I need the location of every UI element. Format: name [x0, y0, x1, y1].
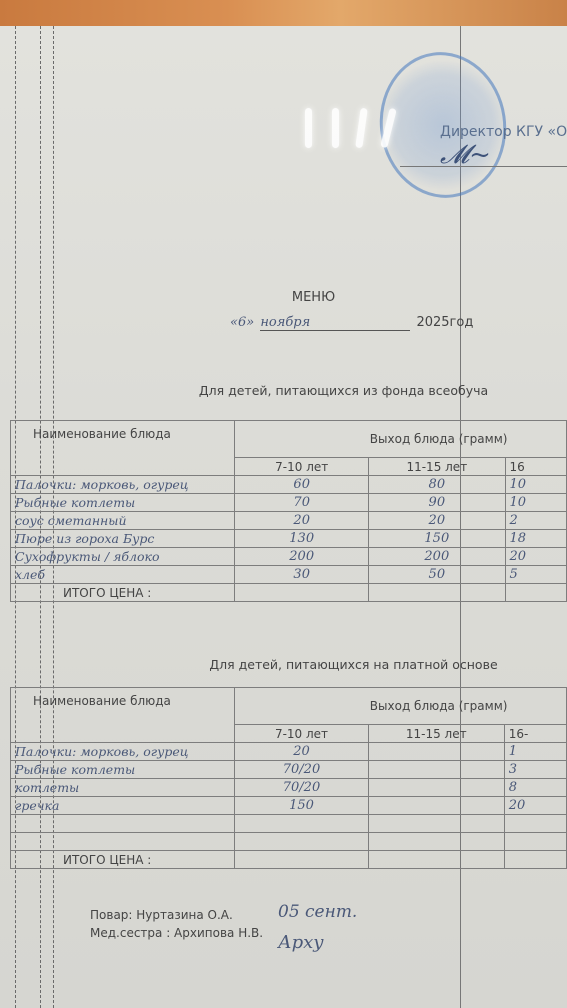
table-row: соус сметанный 20 20 2 [11, 512, 567, 530]
signature-line [400, 166, 567, 167]
header-dish-name: Наименование блюда [11, 421, 235, 476]
menu-table-free: Наименование блюда Выход блюда (грамм) 7… [10, 420, 567, 602]
table-row: Рыбные котлеты 70 90 10 [11, 494, 567, 512]
cook-name: Повар: Нуртазина О.А. [90, 906, 263, 924]
age-col-2: 11-15 лет [369, 458, 505, 476]
age-col-1: 7-10 лет [235, 458, 369, 476]
table-row: Рыбные котлеты 70/20 3 [11, 761, 567, 779]
glare [305, 108, 312, 148]
table-row: хлеб 30 50 5 [11, 566, 567, 584]
director-approval-label: Директор КГУ «О [440, 124, 567, 140]
age-col-3: 16- [504, 725, 566, 743]
menu-table-paid: Наименование блюда Выход блюда (грамм) 7… [10, 687, 567, 869]
table-row: Пюре из гороха Бурс 130 150 18 [11, 530, 567, 548]
age-col-2: 11-15 лет [368, 725, 504, 743]
age-col-1: 7-10 лет [235, 725, 368, 743]
date-day: «6» [230, 315, 254, 330]
glare [332, 108, 339, 148]
menu-date: «6» ноября 2025год [230, 315, 473, 331]
header-output: Выход блюда (грамм) [235, 421, 567, 458]
table-row [11, 833, 567, 851]
date-year: 2025год [416, 315, 473, 330]
nurse-name: Мед.сестра : Архипова Н.В. [90, 924, 263, 942]
age-col-3: 16 [505, 458, 566, 476]
total-row: ИТОГО ЦЕНА : [11, 584, 567, 602]
menu-title: МЕНЮ [0, 290, 567, 305]
table-row: Сухофрукты / яблоко 200 200 20 [11, 548, 567, 566]
date-month: ноября [260, 315, 410, 331]
total-label: ИТОГО ЦЕНА : [11, 584, 235, 602]
header-dish-name: Наименование блюда [11, 688, 235, 743]
staff-block: Повар: Нуртазина О.А. Мед.сестра : Архип… [90, 906, 263, 942]
total-row: ИТОГО ЦЕНА : [11, 851, 567, 869]
section-free-subtitle: Для детей, питающихся из фонда всеобуча [0, 383, 567, 398]
section-paid-subtitle: Для детей, питающихся на платной основе [0, 657, 567, 672]
total-label: ИТОГО ЦЕНА : [11, 851, 235, 869]
table-row: Палочки: морковь, огурец 60 80 10 [11, 476, 567, 494]
nurse-signature: Арху [278, 932, 324, 953]
table-row: Палочки: морковь, огурец 20 1 [11, 743, 567, 761]
table-row: гречка 150 20 [11, 797, 567, 815]
background-frame [0, 0, 567, 28]
header-output: Выход блюда (грамм) [235, 688, 567, 725]
table-row: котлеты 70/20 8 [11, 779, 567, 797]
table-row [11, 815, 567, 833]
cook-signature: 05 сент. [278, 902, 357, 922]
